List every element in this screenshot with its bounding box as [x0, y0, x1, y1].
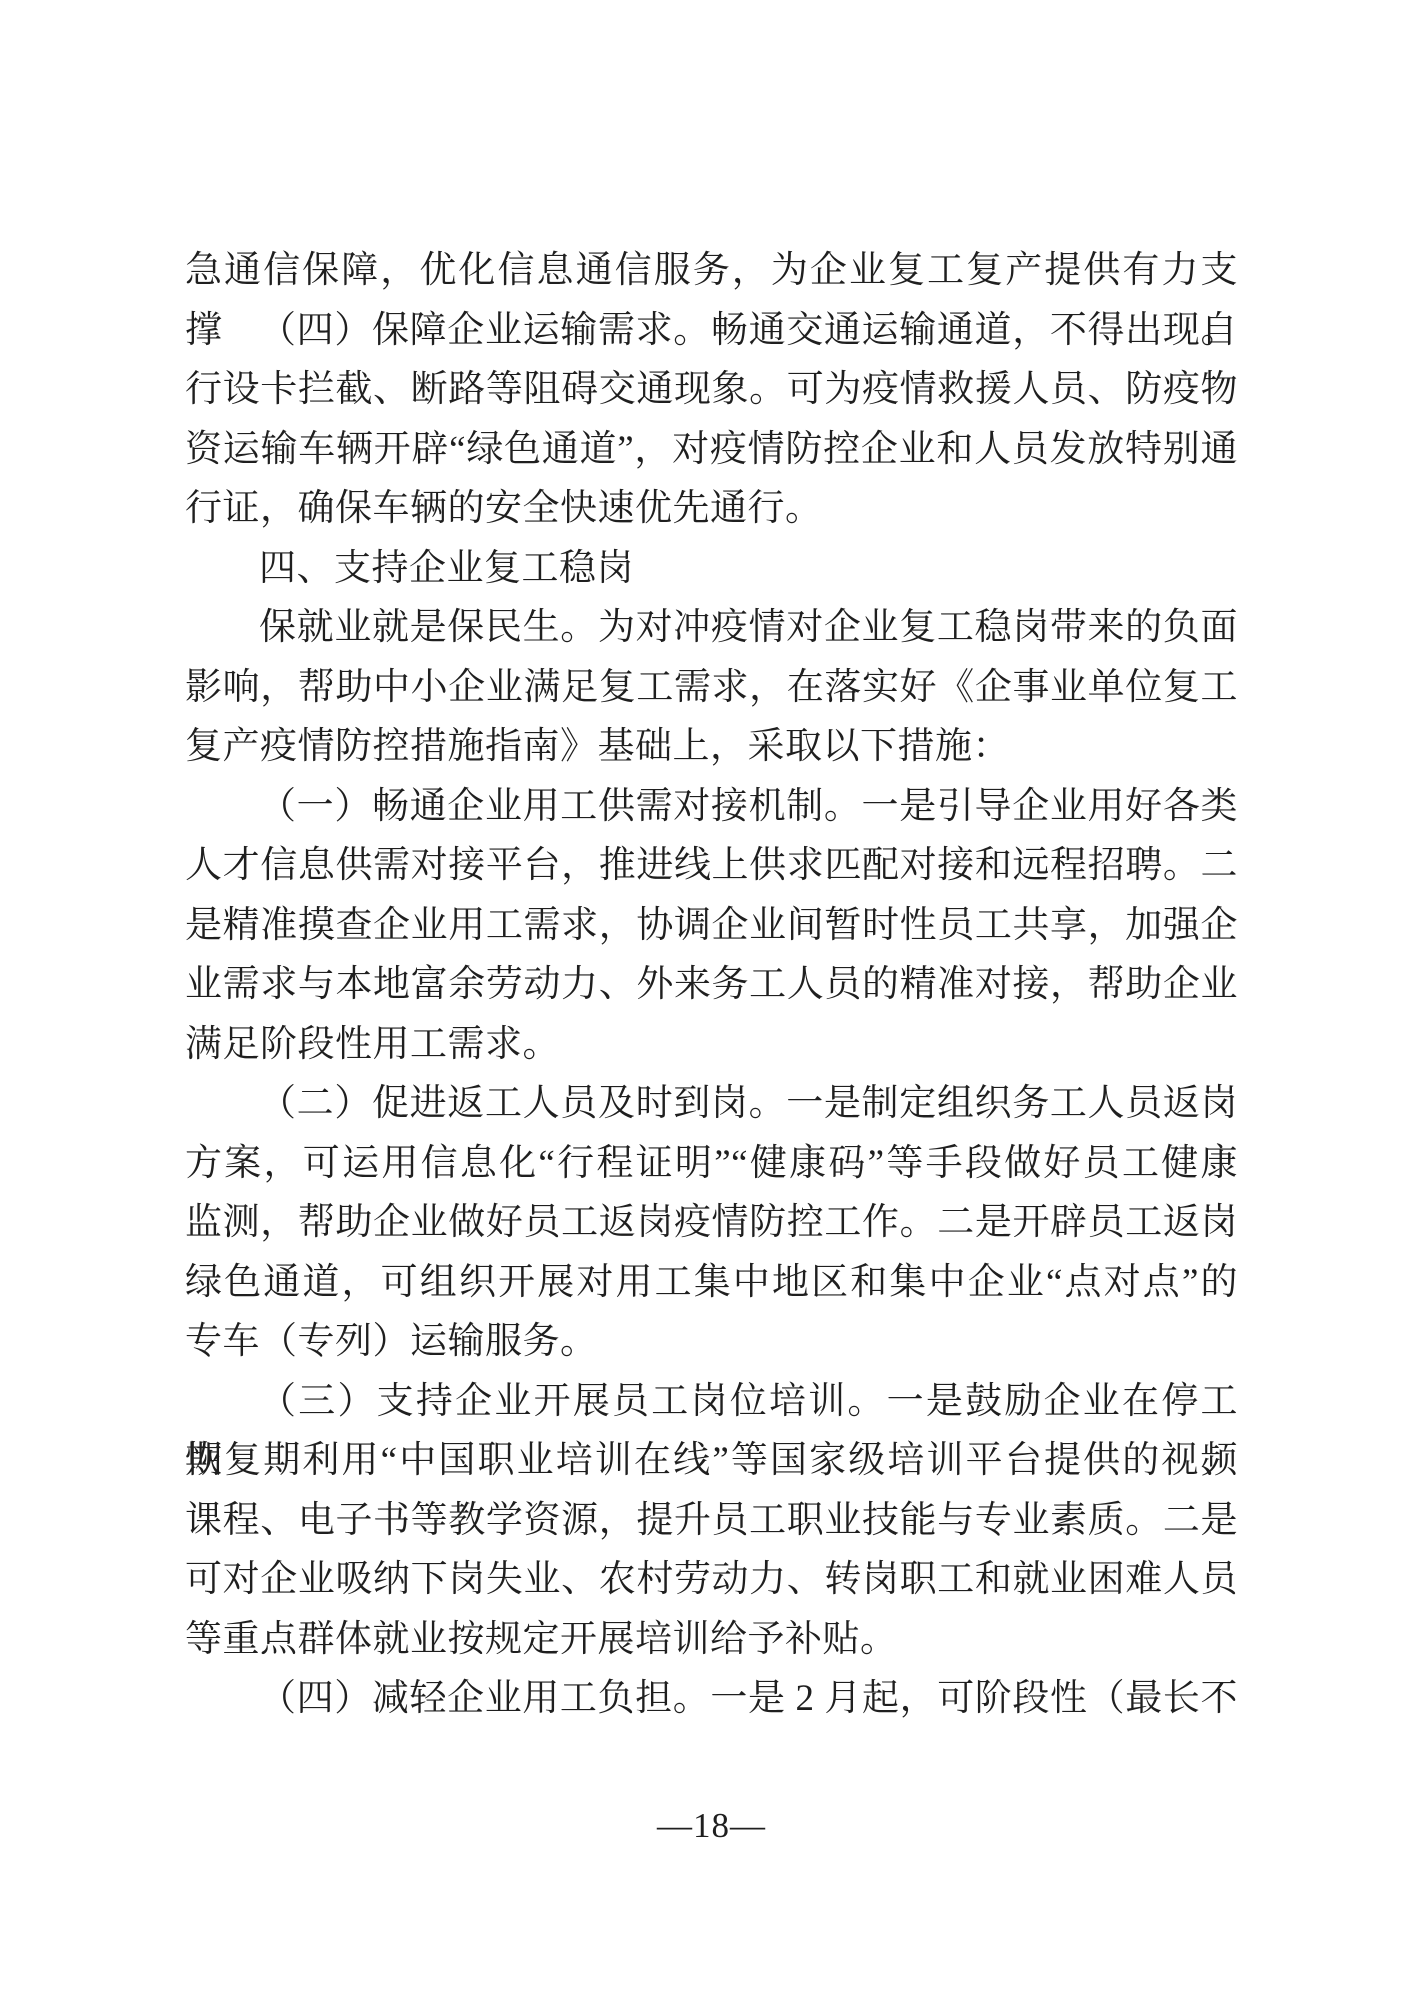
text-line: 资运输车辆开辟“绿色通道”，对疫情防控企业和人员发放特别通: [185, 420, 1238, 480]
text-line: 影响，帮助中小企业满足复工需求，在落实好《企事业单位复工: [185, 658, 1238, 718]
text-line: 满足阶段性用工需求。: [185, 1015, 1238, 1075]
text-line: 保就业就是保民生。为对冲疫情对企业复工稳岗带来的负面: [185, 598, 1238, 658]
text-line: 可对企业吸纳下岗失业、农村劳动力、转岗职工和就业困难人员: [185, 1550, 1238, 1610]
text-line: 行设卡拦截、断路等阻碍交通现象。可为疫情救援人员、防疫物: [185, 360, 1238, 420]
text-line: 人才信息供需对接平台，推进线上供求匹配对接和远程招聘。二: [185, 836, 1238, 896]
text-line: 行证，确保车辆的安全快速优先通行。: [185, 479, 1238, 539]
document-page: 急通信保障，优化信息通信服务，为企业复工复产提供有力支撑。（四）保障企业运输需求…: [0, 0, 1415, 2000]
text-line: 四、支持企业复工稳岗: [185, 539, 1238, 599]
text-line: 方案，可运用信息化“行程证明”“健康码”等手段做好员工健康: [185, 1134, 1238, 1194]
text-line: 急通信保障，优化信息通信服务，为企业复工复产提供有力支撑。: [185, 241, 1238, 301]
body-text: 急通信保障，优化信息通信服务，为企业复工复产提供有力支撑。（四）保障企业运输需求…: [185, 241, 1238, 1729]
text-line: 绿色通道，可组织开展对用工集中地区和集中企业“点对点”的: [185, 1253, 1238, 1313]
text-line: （二）促进返工人员及时到岗。一是制定组织务工人员返岗: [185, 1074, 1238, 1134]
text-line: 监测，帮助企业做好员工返岗疫情防控工作。二是开辟员工返岗: [185, 1193, 1238, 1253]
text-line: 课程、电子书等教学资源，提升员工职业技能与专业素质。二是: [185, 1491, 1238, 1551]
text-line: 等重点群体就业按规定开展培训给予补贴。: [185, 1610, 1238, 1670]
text-line: （一）畅通企业用工供需对接机制。一是引导企业用好各类: [185, 777, 1238, 837]
text-line: （四）保障企业运输需求。畅通交通运输通道，不得出现自: [185, 301, 1238, 361]
page-number: —18—: [185, 1806, 1238, 1846]
text-line: 业需求与本地富余劳动力、外来务工人员的精准对接，帮助企业: [185, 955, 1238, 1015]
text-line: 恢复期利用“中国职业培训在线”等国家级培训平台提供的视频: [185, 1431, 1238, 1491]
text-line: （四）减轻企业用工负担。一是 2 月起，可阶段性（最长不: [185, 1669, 1238, 1729]
text-line: 复产疫情防控措施指南》基础上，采取以下措施：: [185, 717, 1238, 777]
text-line: （三）支持企业开展员工岗位培训。一是鼓励企业在停工期、: [185, 1372, 1238, 1432]
text-line: 是精准摸查企业用工需求，协调企业间暂时性员工共享，加强企: [185, 896, 1238, 956]
text-line: 专车（专列）运输服务。: [185, 1312, 1238, 1372]
